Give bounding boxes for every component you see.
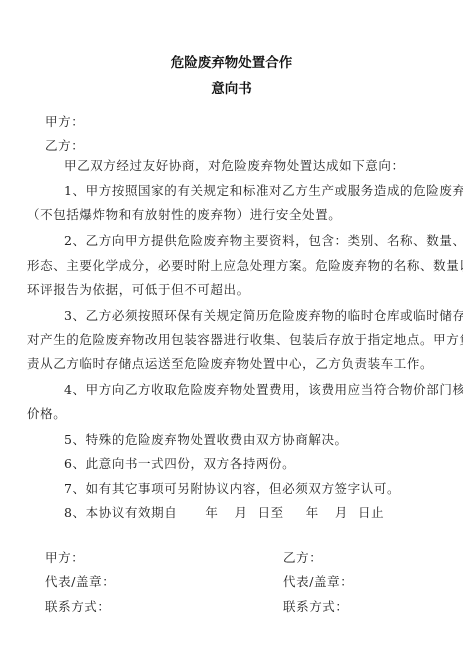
clause-2-line-1: 2、乙方向甲方提供危险废弃物主要资料，包含：类别、名称、数量、物质	[64, 233, 463, 249]
clause-3-line-3: 责从乙方临时存储点运送至危险废弃物处置中心，乙方负责装车工作。	[27, 356, 437, 372]
sig-right-contact: 联系方式：	[283, 597, 349, 615]
document-title-line2: 意向书	[0, 77, 463, 97]
sig-right-party: 乙方：	[283, 548, 322, 566]
sig-right-rep: 代表/盖章：	[283, 572, 353, 590]
clause-3-line-2: 对产生的危险废弃物改用包装容器进行收集、包装后存放于指定地点。甲方负	[27, 332, 437, 348]
clause-8-prefix: 8、本协议有效期自	[64, 505, 177, 520]
clause-8-validity: 8、本协议有效期自年月日至年月日止	[64, 505, 463, 521]
sig-left-party: 甲方：	[45, 548, 84, 566]
clause-8-month1: 月	[234, 505, 247, 520]
clause-1-line-1: 1、甲方按照国家的有关规定和标准对乙方生产或服务造成的危险废弃物	[64, 183, 463, 199]
clause-8-month2: 月	[335, 505, 348, 520]
clause-8-year1: 年	[205, 505, 218, 520]
clause-8-year2: 年	[306, 505, 319, 520]
clause-6: 6、此意向书一式四份，双方各持两份。	[64, 456, 463, 472]
clause-2-line-2: 形态、主要化学成分，必要时附上应急处理方案。危险废弃物的名称、数量以	[27, 258, 437, 274]
clause-8-day-to: 日至	[258, 505, 284, 520]
clause-3-line-1: 3、乙方必须按照环保有关规定简历危险废弃物的临时仓库或临时储存点，	[64, 308, 463, 324]
clause-4-line-2: 价格。	[27, 406, 437, 422]
party-b-label: 乙方：	[45, 136, 84, 154]
sig-left-rep: 代表/盖章：	[45, 572, 115, 590]
clause-7: 7、如有其它事项可另附协议内容，但必须双方签字认可。	[64, 481, 463, 497]
party-a-label: 甲方：	[45, 112, 84, 130]
sig-left-contact: 联系方式：	[45, 597, 111, 615]
clause-5: 5、特殊的危险废弃物处置收费由双方协商解决。	[64, 432, 463, 448]
clause-8-day-end: 日止	[358, 505, 384, 520]
clause-4-line-1: 4、甲方向乙方收取危险废弃物处置费用，该费用应当符合物价部门核定的	[64, 382, 463, 398]
clause-2-line-3: 环评报告为依据，可低于但不可超出。	[27, 282, 437, 298]
intro-paragraph: 甲乙双方经过友好协商，对危险废弃物处置达成如下意向：	[64, 158, 463, 174]
document-title-line1: 危险废弃物处置合作	[0, 51, 463, 71]
clause-1-line-2: （不包括爆炸物和有放射性的废弃物）进行安全处置。	[27, 207, 437, 223]
